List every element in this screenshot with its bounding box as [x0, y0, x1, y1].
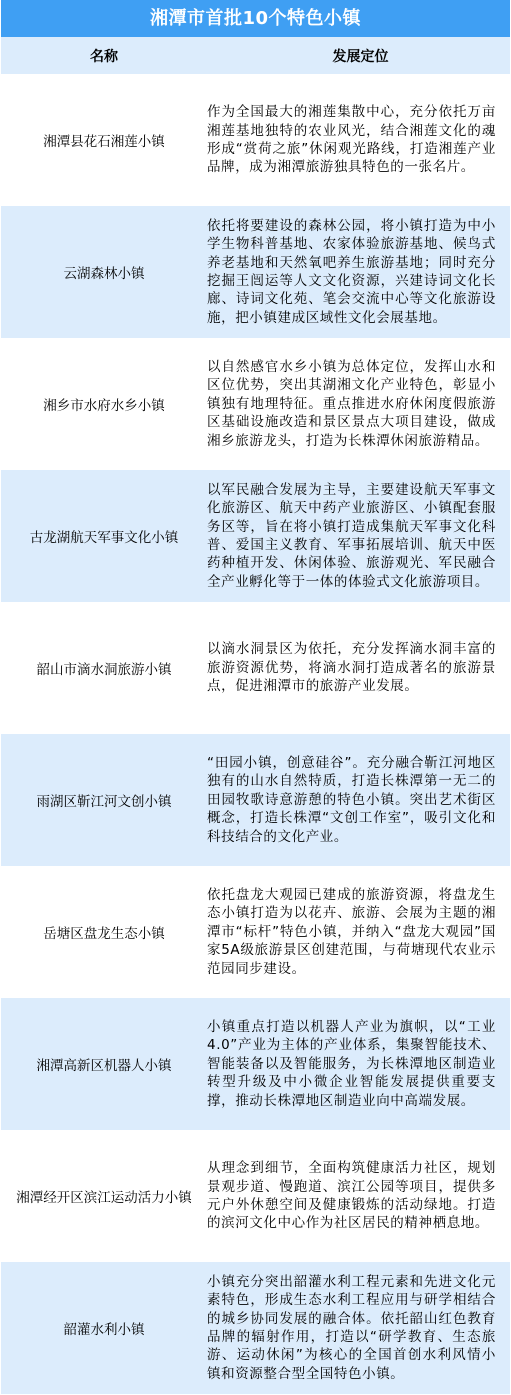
town-positioning: 小镇重点打造以机器人产业为旗帜，以“工业4.0”产业为主体的产业体系，集聚智能技… [207, 1018, 510, 1110]
town-positioning: 以滴水洞景区为依托，充分发挥滴水洞丰富的旅游资源优势，将滴水洞打造成著名的旅游景… [207, 640, 510, 695]
town-name: 韶灌水利小镇 [1, 1318, 207, 1338]
town-name: 岳塘区盘龙生态小镇 [1, 922, 207, 942]
table-row: 云湖森林小镇 依托将要建设的森林公园，将小镇打造为中小学生物科普基地、农家体验旅… [1, 206, 510, 338]
column-header-positioning: 发展定位 [207, 46, 510, 66]
column-header-row: 名称 发展定位 [1, 37, 510, 74]
town-positioning: 小镇充分突出韶灌水利工程元素和先进文化元素特色，形成生态水利工程应用与研学相结合… [207, 1273, 510, 1383]
town-name: 湘潭县花石湘莲小镇 [1, 130, 207, 150]
towns-table: 湘潭市首批10个特色小镇 名称 发展定位 湘潭县花石湘莲小镇 作为全国最大的湘莲… [1, 0, 510, 1394]
table-row: 湘乡市水府水乡小镇 以自然感官水乡小镇为总体定位，发挥山水和区位优势，突出其湖湘… [1, 338, 510, 470]
table-row: 湘潭高新区机器人小镇 小镇重点打造以机器人产业为旗帜，以“工业4.0”产业为主体… [1, 998, 510, 1130]
table-row: 岳塘区盘龙生态小镇 依托盘龙大观园已建成的旅游资源，将盘龙生态小镇打造为以花卉、… [1, 866, 510, 998]
column-header-name: 名称 [1, 46, 207, 66]
town-name: 湘乡市水府水乡小镇 [1, 394, 207, 414]
town-name: 韶山市滴水洞旅游小镇 [1, 658, 207, 678]
table-row: 古龙湖航天军事文化小镇 以军民融合发展为主导，主要建设航天军事文化旅游区、航天中… [1, 470, 510, 602]
table-title: 湘潭市首批10个特色小镇 [1, 0, 510, 37]
table-row: 湘潭县花石湘莲小镇 作为全国最大的湘莲集散中心，充分依托万亩湘莲基地独特的农业风… [1, 74, 510, 206]
town-positioning: “田园小镇，创意硅谷”。充分融合靳江河地区独有的山水自然特质，打造长株潭第一无二… [207, 754, 510, 846]
town-positioning: 依托将要建设的森林公园，将小镇打造为中小学生物科普基地、农家体验旅游基地、候鸟式… [207, 217, 510, 327]
table-row: 韶灌水利小镇 小镇充分突出韶灌水利工程元素和先进文化元素特色，形成生态水利工程应… [1, 1262, 510, 1394]
town-positioning: 依托盘龙大观园已建成的旅游资源，将盘龙生态小镇打造为以花卉、旅游、会展为主题的湘… [207, 886, 510, 978]
town-name: 湘潭经开区滨江运动活力小镇 [1, 1186, 207, 1206]
table-row: 韶山市滴水洞旅游小镇 以滴水洞景区为依托，充分发挥滴水洞丰富的旅游资源优势，将滴… [1, 602, 510, 734]
town-positioning: 作为全国最大的湘莲集散中心，充分依托万亩湘莲基地独特的农业风光，结合湘莲文化的魂… [207, 103, 510, 177]
town-positioning: 从理念到细节，全面构筑健康活力社区，规划景观步道、慢跑道、滨江公园等项目，提供多… [207, 1159, 510, 1233]
town-positioning: 以军民融合发展为主导，主要建设航天军事文化旅游区、航天中药产业旅游区、小镇配套服… [207, 481, 510, 591]
town-positioning: 以自然感官水乡小镇为总体定位，发挥山水和区位优势，突出其湖湘文化产业特色，彰显小… [207, 358, 510, 450]
town-name: 古龙湖航天军事文化小镇 [1, 526, 207, 546]
table-row: 湘潭经开区滨江运动活力小镇 从理念到细节，全面构筑健康活力社区，规划景观步道、慢… [1, 1130, 510, 1262]
town-name: 雨湖区靳江河文创小镇 [1, 790, 207, 810]
town-name: 湘潭高新区机器人小镇 [1, 1054, 207, 1074]
table-row: 雨湖区靳江河文创小镇 “田园小镇，创意硅谷”。充分融合靳江河地区独有的山水自然特… [1, 734, 510, 866]
town-name: 云湖森林小镇 [1, 262, 207, 282]
